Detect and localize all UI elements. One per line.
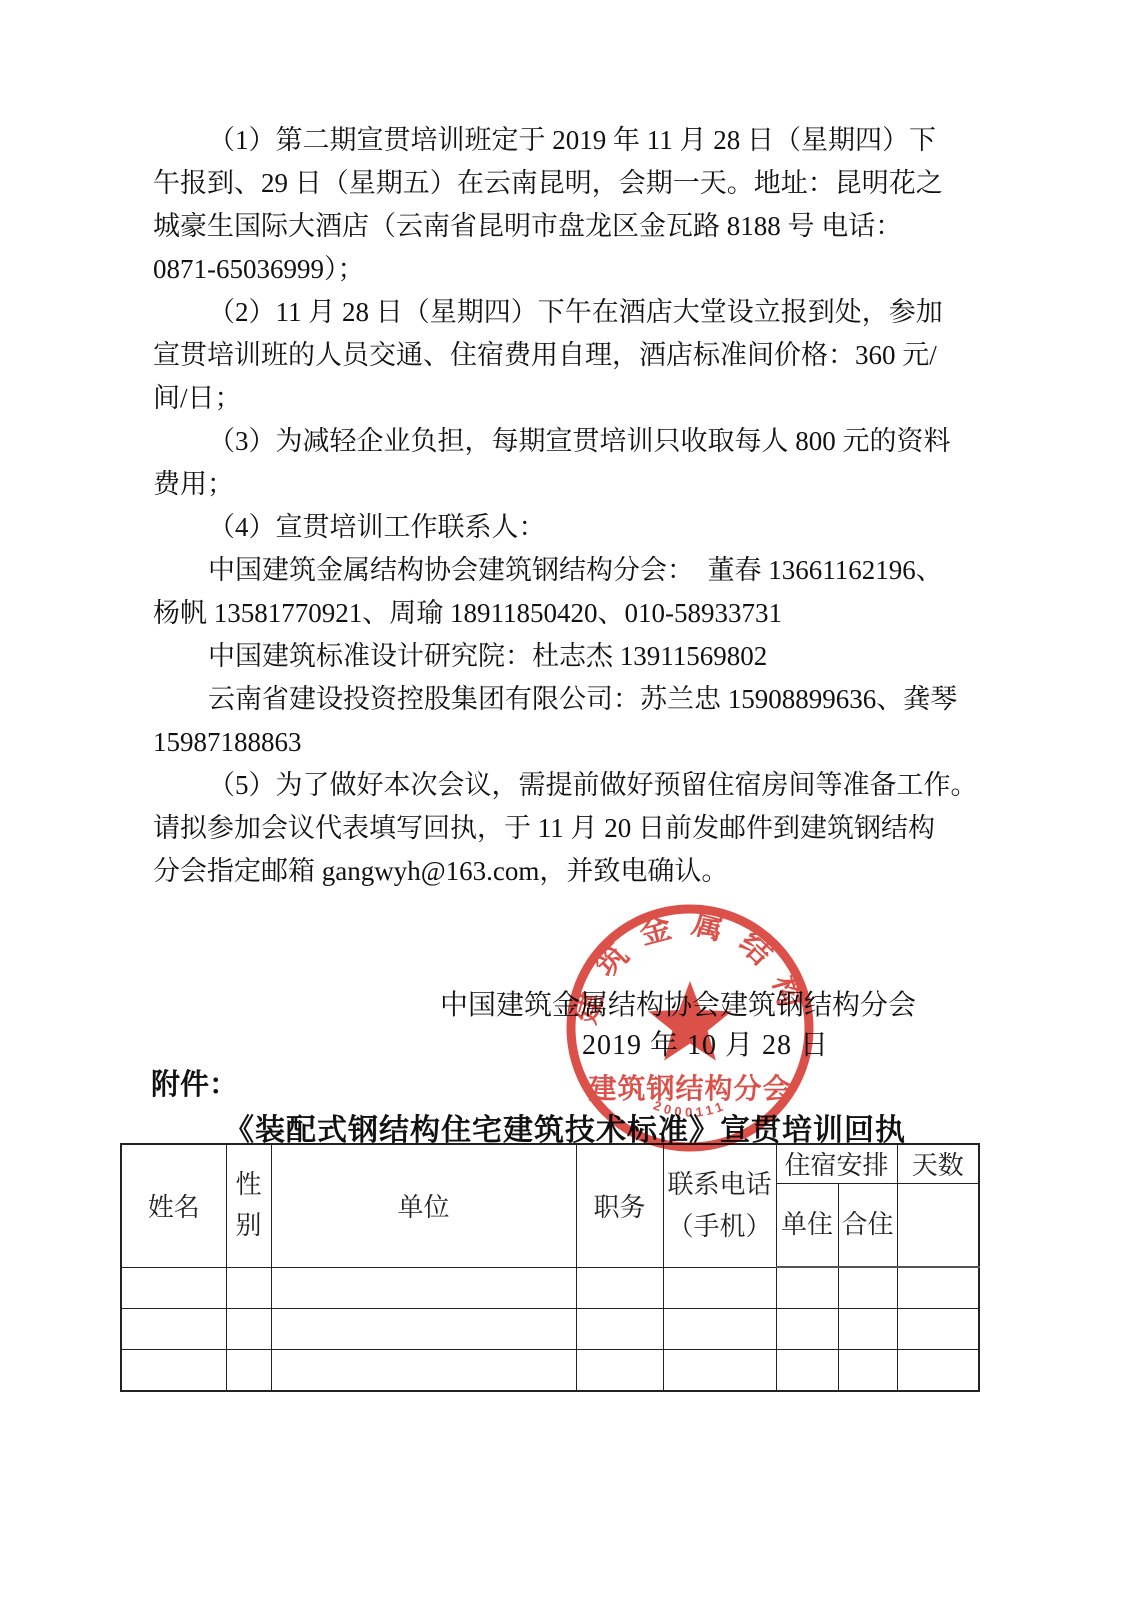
body-text-line: 间/日；: [153, 377, 965, 420]
table-cell: [776, 1267, 838, 1309]
table-cell: [663, 1267, 776, 1309]
body-text-line: 宣贯培训班的人员交通、住宿费用自理，酒店标准间价格：360 元/: [153, 334, 965, 377]
body-text-line: 请拟参加会议代表填写回执，于 11 月 20 日前发邮件到建筑钢结构: [153, 807, 965, 850]
col-header-lodging: 住宿安排: [776, 1144, 897, 1183]
col-header-phone-line2: （手机）: [667, 1212, 771, 1241]
col-header-shared: 合住: [838, 1183, 897, 1267]
reply-table: 姓名 性别 单位 职务 联系电话 （手机） 住宿安排 天数 单住 合住: [120, 1143, 980, 1392]
table-cell: [838, 1350, 897, 1392]
body-text-line: （2）11 月 28 日（星期四）下午在酒店大堂设立报到处，参加: [153, 291, 965, 334]
table-cell: [271, 1350, 576, 1392]
body-text-line: （3）为减轻企业负担，每期宣贯培训只收取每人 800 元的资料: [153, 420, 965, 463]
table-cell: [226, 1350, 271, 1392]
table-cell: [271, 1309, 576, 1350]
table-row: [121, 1350, 979, 1392]
body-text-line: （5）为了做好本次会议，需提前做好预留住宿房间等准备工作。: [153, 764, 965, 807]
body-text-line: 午报到、29 日（星期五）在云南昆明，会期一天。地址：昆明花之: [153, 162, 965, 205]
body-text-line: 城豪生国际大酒店（云南省昆明市盘龙区金瓦路 8188 号 电话：: [153, 205, 965, 248]
table-row: [121, 1267, 979, 1309]
table-cell: [576, 1350, 663, 1392]
body-text-line: 中国建筑金属结构协会建筑钢结构分会： 董春 13661162196、: [153, 549, 965, 592]
body-text-line: （4）宣贯培训工作联系人：: [153, 506, 965, 549]
body-text-line: 杨帆 13581770921、周瑜 18911850420、010-589337…: [153, 592, 965, 635]
table-cell: [121, 1267, 226, 1309]
document-page: （1）第二期宣贯培训班定于 2019 年 11 月 28 日（星期四）下午报到、…: [0, 0, 1130, 1600]
col-header-phone-line1: 联系电话: [667, 1170, 771, 1199]
table-cell: [897, 1350, 979, 1392]
body-text-line: 15987188863: [153, 721, 965, 764]
table-cell: [838, 1309, 897, 1350]
col-header-days: 天数: [897, 1144, 979, 1183]
col-header-position: 职务: [576, 1144, 663, 1267]
table-cell: [226, 1267, 271, 1309]
body-text-line: 费用；: [153, 463, 965, 506]
col-header-name: 姓名: [121, 1144, 226, 1267]
table-cell: [576, 1267, 663, 1309]
table-row: [121, 1309, 979, 1350]
col-header-gender: 性别: [226, 1144, 271, 1267]
table-cell: [663, 1309, 776, 1350]
table-cell: [121, 1350, 226, 1392]
signature-date: 2019 年 10 月 28 日: [582, 1023, 829, 1063]
body-text-line: 0871-65036999）；: [153, 248, 965, 291]
table-cell: [776, 1309, 838, 1350]
body-text-line: 分会指定邮箱 gangwyh@163.com，并致电确认。: [153, 850, 965, 893]
body-text-line: 云南省建设投资控股集团有限公司：苏兰忠 15908899636、龚琴: [153, 678, 965, 721]
body-text: （1）第二期宣贯培训班定于 2019 年 11 月 28 日（星期四）下午报到、…: [153, 119, 965, 893]
table-cell: [897, 1267, 979, 1309]
table-cell: [121, 1309, 226, 1350]
table-cell: [776, 1350, 838, 1392]
table-cell: [897, 1309, 979, 1350]
table-cell: [838, 1267, 897, 1309]
col-header-days-sub: [897, 1183, 979, 1267]
table-cell: [663, 1350, 776, 1392]
signature-org: 中国建筑金属结构协会建筑钢结构分会: [440, 983, 916, 1023]
table-cell: [271, 1267, 576, 1309]
seal-banner-text: 建筑钢结构分会: [588, 1073, 791, 1104]
body-text-line: （1）第二期宣贯培训班定于 2019 年 11 月 28 日（星期四）下: [153, 119, 965, 162]
col-header-single: 单住: [776, 1183, 838, 1267]
col-header-unit: 单位: [271, 1144, 576, 1267]
col-header-phone: 联系电话 （手机）: [663, 1144, 776, 1267]
table-cell: [576, 1309, 663, 1350]
body-text-line: 中国建筑标准设计研究院：杜志杰 13911569802: [153, 635, 965, 678]
table-cell: [226, 1309, 271, 1350]
attachment-label: 附件：: [151, 1062, 238, 1103]
